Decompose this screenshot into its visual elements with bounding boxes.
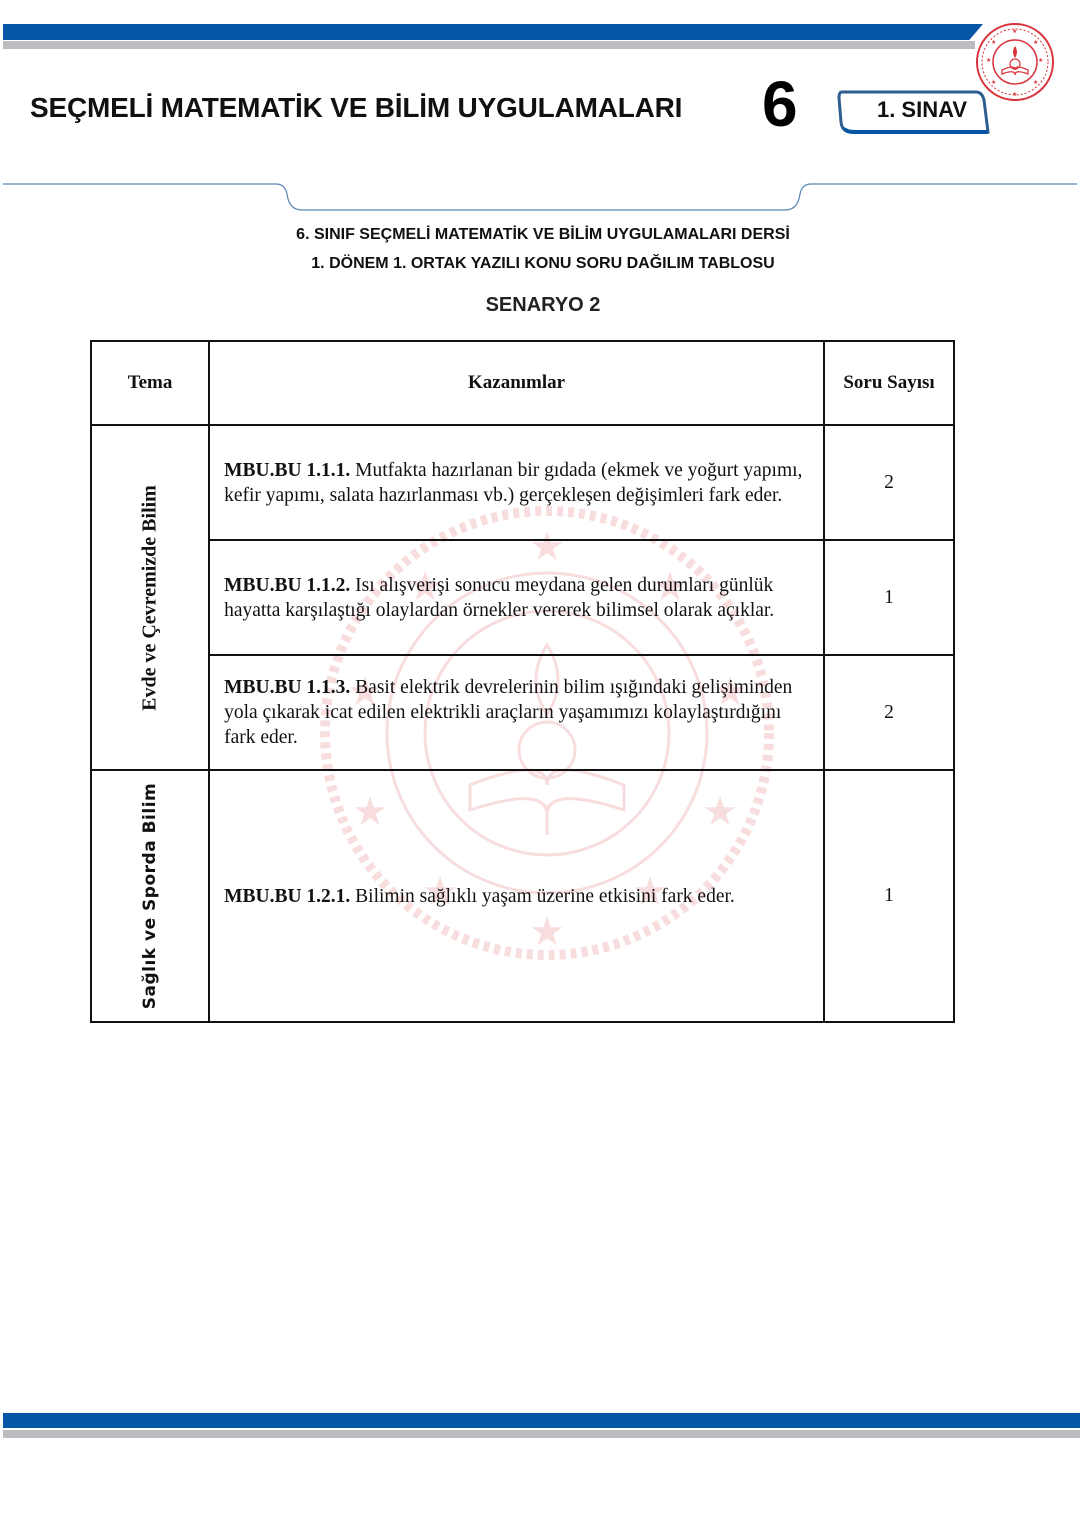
theme-name: Sağlık ve Sporda Bilim bbox=[140, 783, 160, 1009]
table-row: Evde ve Çevremizde Bilim MBU.BU 1.1.1. M… bbox=[91, 425, 954, 540]
svg-text:★: ★ bbox=[1012, 91, 1017, 98]
outcome-cell: MBU.BU 1.2.1. Bilimin sağlıklı yaşam üze… bbox=[209, 770, 824, 1022]
header-tema: Tema bbox=[91, 341, 209, 425]
theme-cell: Sağlık ve Sporda Bilim bbox=[91, 770, 209, 1022]
outcome-cell: MBU.BU 1.1.2. Isı alışverişi sonucu meyd… bbox=[209, 540, 824, 655]
outcome-code: MBU.BU 1.1.2. bbox=[224, 575, 350, 596]
footer-blue-stripe bbox=[3, 1413, 1080, 1428]
footer-gray-stripe bbox=[3, 1430, 1080, 1438]
scenario-label: SENARYO 2 bbox=[3, 294, 1080, 317]
exam-badge: 1. SINAV bbox=[836, 88, 990, 134]
svg-text:★: ★ bbox=[1038, 57, 1043, 64]
outcome-code: MBU.BU 1.1.3. bbox=[224, 677, 350, 698]
table-row: MBU.BU 1.1.3. Basit elektrik devrelerini… bbox=[91, 655, 954, 770]
svg-text:★: ★ bbox=[986, 57, 991, 64]
table-row: MBU.BU 1.1.2. Isı alışverişi sonucu meyd… bbox=[91, 540, 954, 655]
header-gray-stripe bbox=[3, 41, 975, 49]
svg-text:★: ★ bbox=[1033, 39, 1038, 46]
header-kazanimlar: Kazanımlar bbox=[209, 341, 824, 425]
svg-text:★: ★ bbox=[1012, 28, 1017, 35]
header-divider bbox=[0, 180, 1080, 220]
theme-cell: Evde ve Çevremizde Bilim bbox=[91, 425, 209, 770]
outcome-cell: MBU.BU 1.1.1. Mutfakta hazırlanan bir gı… bbox=[209, 425, 824, 540]
outcome-cell: MBU.BU 1.1.3. Basit elektrik devrelerini… bbox=[209, 655, 824, 770]
question-count: 2 bbox=[824, 425, 954, 540]
theme-name: Evde ve Çevremizde Bilim bbox=[139, 485, 162, 711]
svg-text:★: ★ bbox=[991, 39, 996, 46]
table-row: Sağlık ve Sporda Bilim MBU.BU 1.2.1. Bil… bbox=[91, 770, 954, 1022]
exam-label: 1. SINAV bbox=[836, 97, 990, 123]
grade-number: 6 bbox=[762, 72, 798, 136]
svg-text:★: ★ bbox=[991, 79, 996, 86]
subtitle-course: 6. SINIF SEÇMELİ MATEMATİK VE BİLİM UYGU… bbox=[3, 226, 1080, 244]
question-distribution-table: Tema Kazanımlar Soru Sayısı Evde ve Çevr… bbox=[90, 340, 955, 1023]
outcome-code: MBU.BU 1.1.1. bbox=[224, 460, 350, 481]
header-blue-stripe bbox=[3, 24, 983, 40]
header-soru-sayisi: Soru Sayısı bbox=[824, 341, 954, 425]
question-count: 2 bbox=[824, 655, 954, 770]
question-count: 1 bbox=[824, 540, 954, 655]
outcome-code: MBU.BU 1.2.1. bbox=[224, 886, 350, 907]
question-count: 1 bbox=[824, 770, 954, 1022]
outcome-text: Bilimin sağlıklı yaşam üzerine etkisini … bbox=[350, 886, 735, 907]
course-title: SEÇMELİ MATEMATİK VE BİLİM UYGULAMALARI bbox=[30, 92, 682, 124]
svg-text:★: ★ bbox=[1033, 79, 1038, 86]
subtitle-table-name: 1. DÖNEM 1. ORTAK YAZILI KONU SORU DAĞIL… bbox=[3, 255, 1080, 273]
